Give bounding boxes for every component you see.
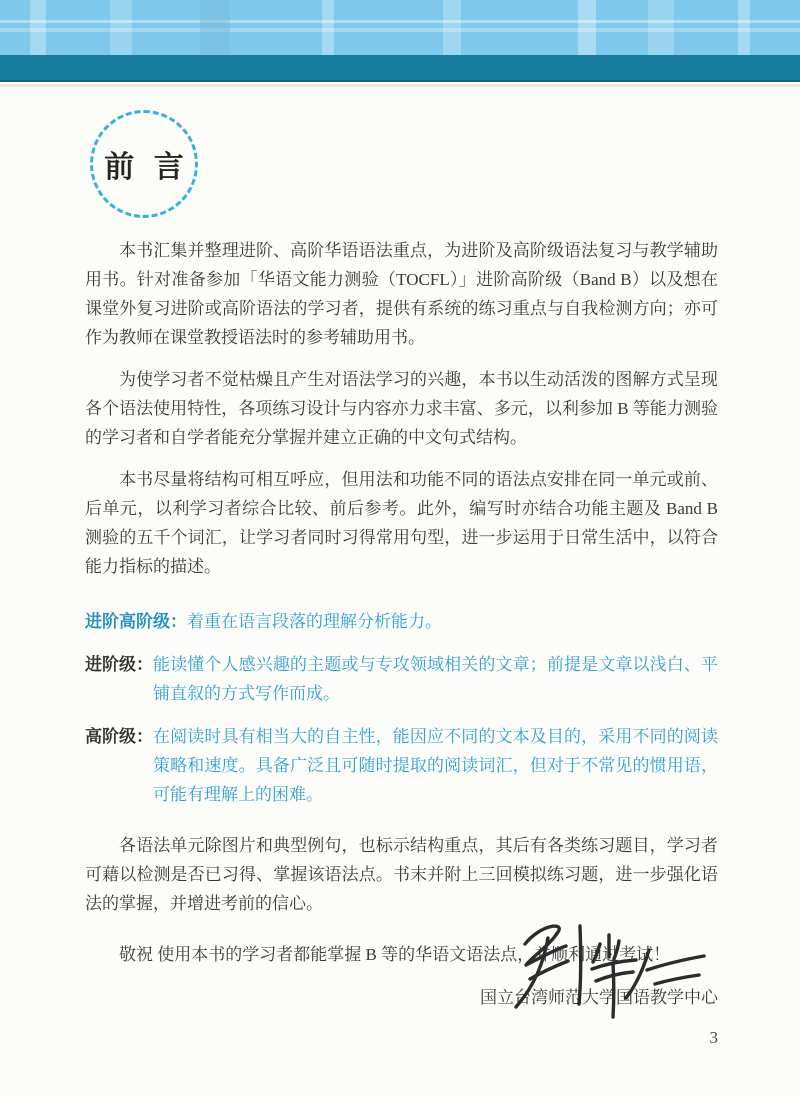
banner-plaid-pattern	[0, 0, 800, 55]
paragraph-intro: 本书汇集并整理进阶、高阶华语语法重点，为进阶及高阶级语法复习与教学辅助用书。针对…	[85, 236, 718, 352]
banner-cream-line	[0, 84, 800, 87]
level-overall-row: 进阶高阶级： 着重在语言段落的理解分析能力。	[85, 607, 718, 636]
paragraph-structure: 本书尽量将结构可相互呼应，但用法和功能不同的语法点安排在同一单元或前、后单元，以…	[85, 465, 718, 581]
level-overall-label: 进阶高阶级：	[85, 607, 187, 636]
level-overall-desc: 着重在语言段落的理解分析能力。	[187, 607, 718, 636]
level-intermediate-label: 进阶级：	[85, 650, 153, 708]
level-advanced-label: 高阶级：	[85, 722, 153, 809]
level-descriptions: 进阶高阶级： 着重在语言段落的理解分析能力。 进阶级： 能读懂个人感兴趣的主题或…	[85, 607, 718, 809]
banner-teal-band	[0, 55, 800, 82]
page-number: 3	[710, 1028, 719, 1048]
signature-strokes	[495, 912, 730, 1027]
level-advanced-desc: 在阅读时具有相当大的自主性，能因应不同的文本及目的，采用不同的阅读策略和速度。具…	[153, 722, 718, 809]
paragraph-units: 各语法单元除图片和典型例句，也标示结构重点，其后有各类练习题目，学习者可藉以检测…	[85, 831, 718, 918]
level-advanced-row: 高阶级： 在阅读时具有相当大的自主性，能因应不同的文本及目的，采用不同的阅读策略…	[85, 722, 718, 809]
level-intermediate-row: 进阶级： 能读懂个人感兴趣的主题或与专攻领域相关的文章；前提是文章以浅白、平铺直…	[85, 650, 718, 708]
level-intermediate-desc: 能读懂个人感兴趣的主题或与专攻领域相关的文章；前提是文章以浅白、平铺直叙的方式写…	[153, 650, 718, 708]
preface-title-circle: 前 言	[90, 110, 198, 218]
page-title: 前 言	[98, 142, 190, 186]
paragraph-design: 为使学习者不觉枯燥且产生对语法学习的兴趣，本书以生动活泼的图解方式呈现各个语法使…	[85, 365, 718, 452]
handwritten-signature	[495, 912, 730, 1027]
preface-content: 本书汇集并整理进阶、高阶华语语法重点，为进阶及高阶级语法复习与教学辅助用书。针对…	[85, 236, 718, 1012]
book-page: 前 言 本书汇集并整理进阶、高阶华语语法重点，为进阶及高阶级语法复习与教学辅助用…	[0, 0, 800, 1095]
